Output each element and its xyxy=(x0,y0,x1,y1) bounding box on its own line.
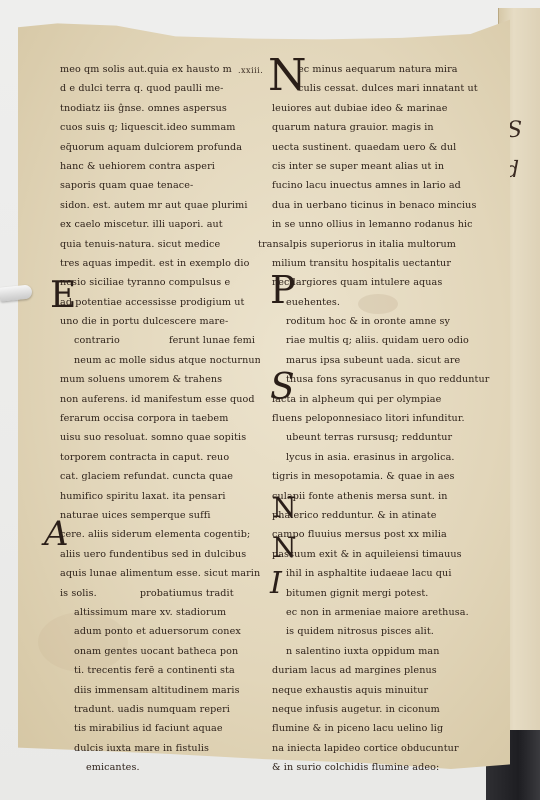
text-line: torporem contracta in caput. reuo xyxy=(60,448,260,467)
text-line: meo qm solis aut.quia ex hausto m xyxy=(60,60,260,79)
text-line: thusa fons syracusanus in quo redduntur xyxy=(272,370,490,389)
chapter-number: .xxiii. xyxy=(238,66,263,75)
text-line: phalerico redduntur. & in atinate xyxy=(272,506,490,525)
text-line: euehentes. xyxy=(272,293,490,312)
text-line: lycus in asia. erasinus in argolica. xyxy=(272,448,490,467)
text-line: ex caelo miscetur. illi uapori. aut xyxy=(60,215,260,234)
text-line: is solis. probatiumus tradit xyxy=(60,584,260,603)
text-line: uisu suo resoluat. somno quae sopitis xyxy=(60,428,260,447)
text-line: tres aquas impedit. est in exemplo dio xyxy=(60,254,260,273)
text-line: neque exhaustis aquis minuitur xyxy=(272,681,490,700)
text-line: transalpis superiorus in italia multorum xyxy=(258,235,490,254)
decorated-initial-e: E xyxy=(50,276,76,316)
text-line: cuos suis q; liquescit.ideo summam xyxy=(60,118,260,137)
text-line: in se unno ollius in lemanno rodanus hic xyxy=(272,215,490,234)
text-line: ec minus aequarum natura mira xyxy=(272,60,490,79)
decorated-initial-n3: N xyxy=(272,528,297,568)
text-line: tigris in mesopotamia. & quae in aes xyxy=(272,467,490,486)
text-line: ad potentiae accessisse prodigium ut xyxy=(60,293,260,312)
text-line: uno die in portu dulcescere mare- xyxy=(60,312,260,331)
text-line: ihil in asphaltite iudaeae lacu qui xyxy=(272,564,490,583)
text-line: diis immensam altitudinem maris xyxy=(60,681,260,700)
text-line: ec non in armeniae maiore arethusa. xyxy=(272,603,490,622)
text-line: na iniecta lapideo cortice obducuntur xyxy=(272,739,490,758)
text-line: cis inter se super meant alias ut in xyxy=(272,157,490,176)
text-line: naturae uices semperque suffi xyxy=(60,506,260,525)
text-line: fluens peloponnesiaco litori infunditur. xyxy=(272,409,490,428)
text-line: dulcis iuxta mare in fistulis xyxy=(60,739,260,758)
text-line: quia tenuis-natura. sicut medice xyxy=(60,235,260,254)
text-line: ferarum occisa corpora in taebem xyxy=(60,409,260,428)
text-line: humifico spiritu laxat. ita pensari xyxy=(60,487,260,506)
decorated-initial-a: A xyxy=(44,514,69,554)
text-line: non auferens. id manifestum esse quod xyxy=(60,390,260,409)
text-line: sidon. est. autem mr aut quae plurimi xyxy=(60,196,260,215)
text-line: dua in uerbano ticinus in benaco mincius xyxy=(272,196,490,215)
decorated-initial-i: I xyxy=(270,564,282,604)
text-line: d e dulci terra q. quod paulli me- xyxy=(60,79,260,98)
text-line: aquis lunae alimentum esse. sicut marinu… xyxy=(60,564,260,583)
text-line: milium transitu hospitalis uectantur xyxy=(272,254,490,273)
text-line: ti. trecentis ferē a continenti sta xyxy=(60,661,260,680)
text-fragment: is solis. xyxy=(60,588,97,599)
text-line: cere. aliis siderum elementa cogentib; xyxy=(60,525,260,544)
decorated-initial-n2: N xyxy=(272,488,297,528)
text-line: nesio siciliae tyranno compulsus e xyxy=(60,273,260,292)
text-line: adum ponto et aduersorum conex xyxy=(60,622,260,641)
text-line: emicantes. xyxy=(60,758,260,777)
right-column: ec minus aequarum natura mira culis cess… xyxy=(272,60,490,777)
text-line: tradunt. uadis numquam reperi xyxy=(60,700,260,719)
text-line: tnodiatz iis ĝnse. omnes aspersus xyxy=(60,99,260,118)
text-line: n salentino iuxta oppidum man xyxy=(272,642,490,661)
text-line: duriam lacus ad margines plenus xyxy=(272,661,490,680)
text-line: riae multis q; aliis. quidam uero odio xyxy=(272,331,490,350)
text-line: culapii fonte athenis mersa sunt. in xyxy=(272,487,490,506)
text-line: eq̃uorum aquam dulciorem profunda xyxy=(60,138,260,157)
text-line: roditum hoc & in oronte amne sy xyxy=(272,312,490,331)
decorated-initial-s: S xyxy=(270,368,295,408)
text-fragment: ferunt lunae femi xyxy=(169,335,255,346)
text-line: is quidem nitrosus pisces alit. xyxy=(272,622,490,641)
text-line: passuum exit & in aquileiensi timauus xyxy=(272,545,490,564)
text-line: onam gentes uocant batheca pon xyxy=(60,642,260,661)
text-line: marus ipsa subeunt uada. sicut are xyxy=(272,351,490,370)
text-line: cat. glaciem refundat. cuncta quae xyxy=(60,467,260,486)
text-line: campo fluuius mersus post xx milia xyxy=(272,525,490,544)
text-fragment: contrario xyxy=(74,335,120,346)
text-line: mum soluens umorem & trahens xyxy=(60,370,260,389)
text-line: ubeunt terras rursusq; redduntur xyxy=(272,428,490,447)
text-line: culis cessat. dulces mari innatant ut xyxy=(272,79,490,98)
text-line: bitumen gignit mergi potest. xyxy=(272,584,490,603)
text-line: neum ac molle sidus atque nocturnum xyxy=(60,351,260,370)
text-line: Altissimum mare xv. stadiorum xyxy=(60,603,260,622)
text-line: tis mirabilius id faciunt aquae xyxy=(60,719,260,738)
decorated-initial-p: P xyxy=(270,270,296,310)
text-fragment: probatiumus tradit xyxy=(140,588,234,599)
text-line: flumine & in piceno lacu uelino lig xyxy=(272,719,490,738)
left-column: meo qm solis aut.quia ex hausto m d e du… xyxy=(60,60,260,777)
text-line: uecta sustinent. quaedam uero & dul xyxy=(272,138,490,157)
text-line: contrario ferunt lunae femi xyxy=(60,331,260,350)
text-line: aliis uero fundentibus sed in dulcibus xyxy=(60,545,260,564)
text-line: nec largiores quam intulere aquas xyxy=(272,273,490,292)
text-line: iacta in alpheum qui per olympiae xyxy=(272,390,490,409)
text-line: saporis quam quae tenace- xyxy=(60,176,260,195)
text-line: & in surio colchidis flumine adeo: xyxy=(272,758,490,777)
text-line: leuiores aut dubiae ideo & marinae xyxy=(272,99,490,118)
text-line: neque infusis augetur. in ciconum xyxy=(272,700,490,719)
text-line: fucino lacu inuectus amnes in lario ad xyxy=(272,176,490,195)
text-line: hanc & uehiorem contra asperi xyxy=(60,157,260,176)
text-line: quarum natura grauior. magis in xyxy=(272,118,490,137)
